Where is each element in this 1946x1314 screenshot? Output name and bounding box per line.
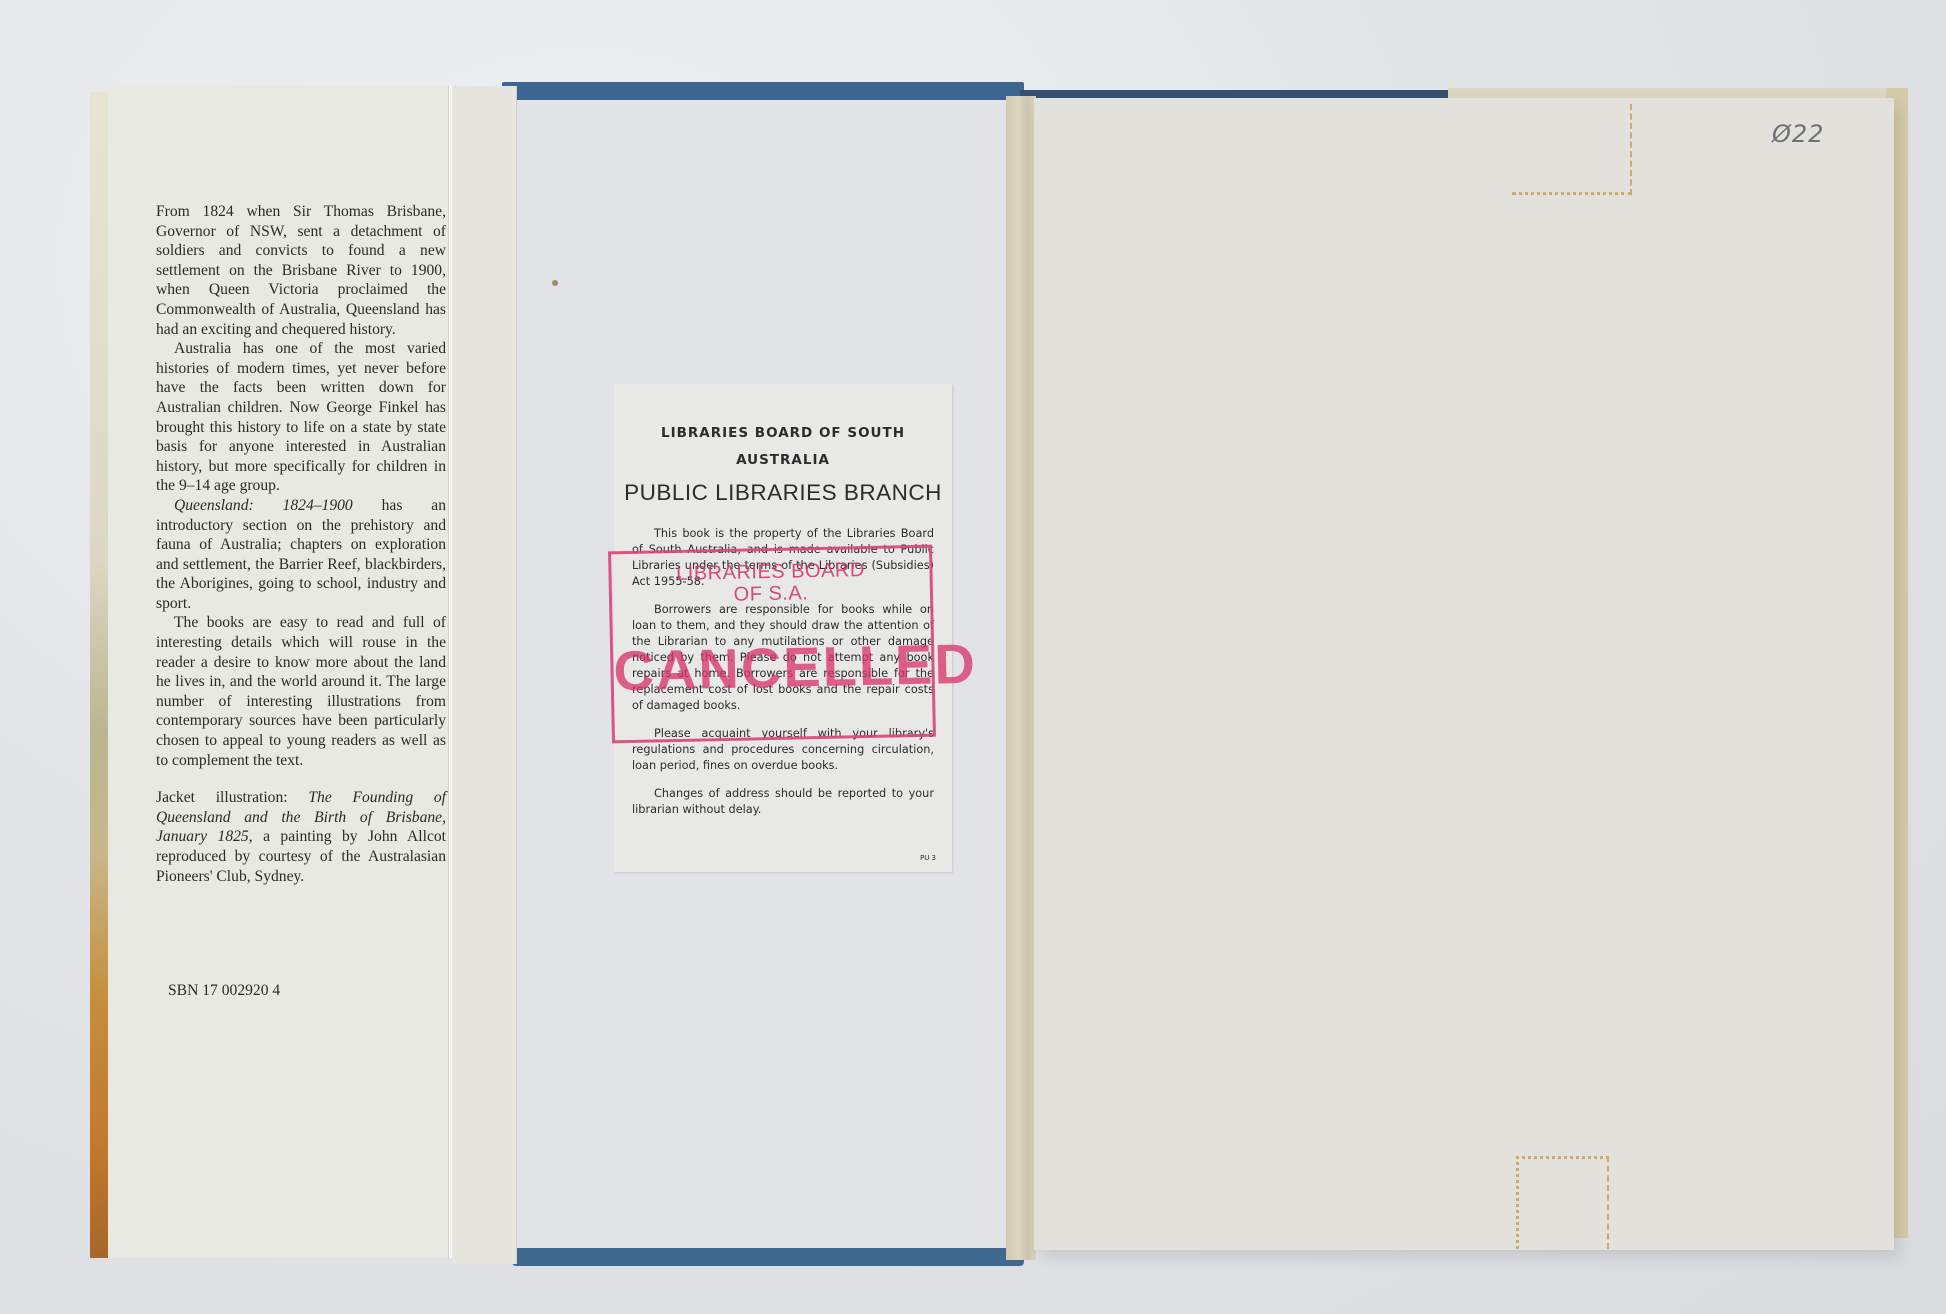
jacket-credit: Jacket illustration: The Founding of Que… bbox=[156, 788, 446, 886]
book-title: Queensland: 1824–1900 bbox=[174, 497, 353, 514]
label-board-name: LIBRARIES BOARD OF SOUTH AUSTRALIA bbox=[614, 420, 952, 474]
cloth-board-bottom-edge bbox=[512, 1248, 1024, 1266]
tape-residue-bottom bbox=[1516, 1156, 1609, 1249]
blurb-paragraph: Australia has one of the most varied his… bbox=[156, 339, 446, 496]
tape-residue-top bbox=[1512, 104, 1632, 195]
jacket-tuck bbox=[452, 86, 517, 1264]
label-paragraph: Please acquaint yourself with your libra… bbox=[632, 726, 934, 774]
label-branch-name: PUBLIC LIBRARIES BRANCH bbox=[614, 480, 952, 506]
label-terms: This book is the property of the Librari… bbox=[632, 526, 934, 830]
label-paragraph: Borrowers are responsible for books whil… bbox=[632, 602, 934, 714]
free-endpaper bbox=[1034, 98, 1894, 1250]
jacket-blurb: From 1824 when Sir Thomas Brisbane, Gove… bbox=[156, 202, 446, 886]
cloth-board-top-edge bbox=[502, 82, 1024, 102]
label-paragraph: This book is the property of the Librari… bbox=[632, 526, 934, 590]
blurb-paragraph: The books are easy to read and full of i… bbox=[156, 613, 446, 770]
paper-speck bbox=[552, 280, 558, 286]
label-paragraph: Changes of address should be reported to… bbox=[632, 786, 934, 818]
blurb-paragraph: From 1824 when Sir Thomas Brisbane, Gove… bbox=[156, 202, 446, 339]
sbn-number: SBN 17 002920 4 bbox=[168, 982, 280, 1000]
blurb-paragraph: Queensland: 1824–1900 has an introductor… bbox=[156, 496, 446, 614]
library-ownership-label: LIBRARIES BOARD OF SOUTH AUSTRALIA PUBLI… bbox=[614, 384, 952, 872]
spine-gutter bbox=[1006, 96, 1036, 1260]
pencil-price-note: Ø22 bbox=[1772, 120, 1824, 148]
label-form-code: PU 3 bbox=[920, 854, 936, 862]
